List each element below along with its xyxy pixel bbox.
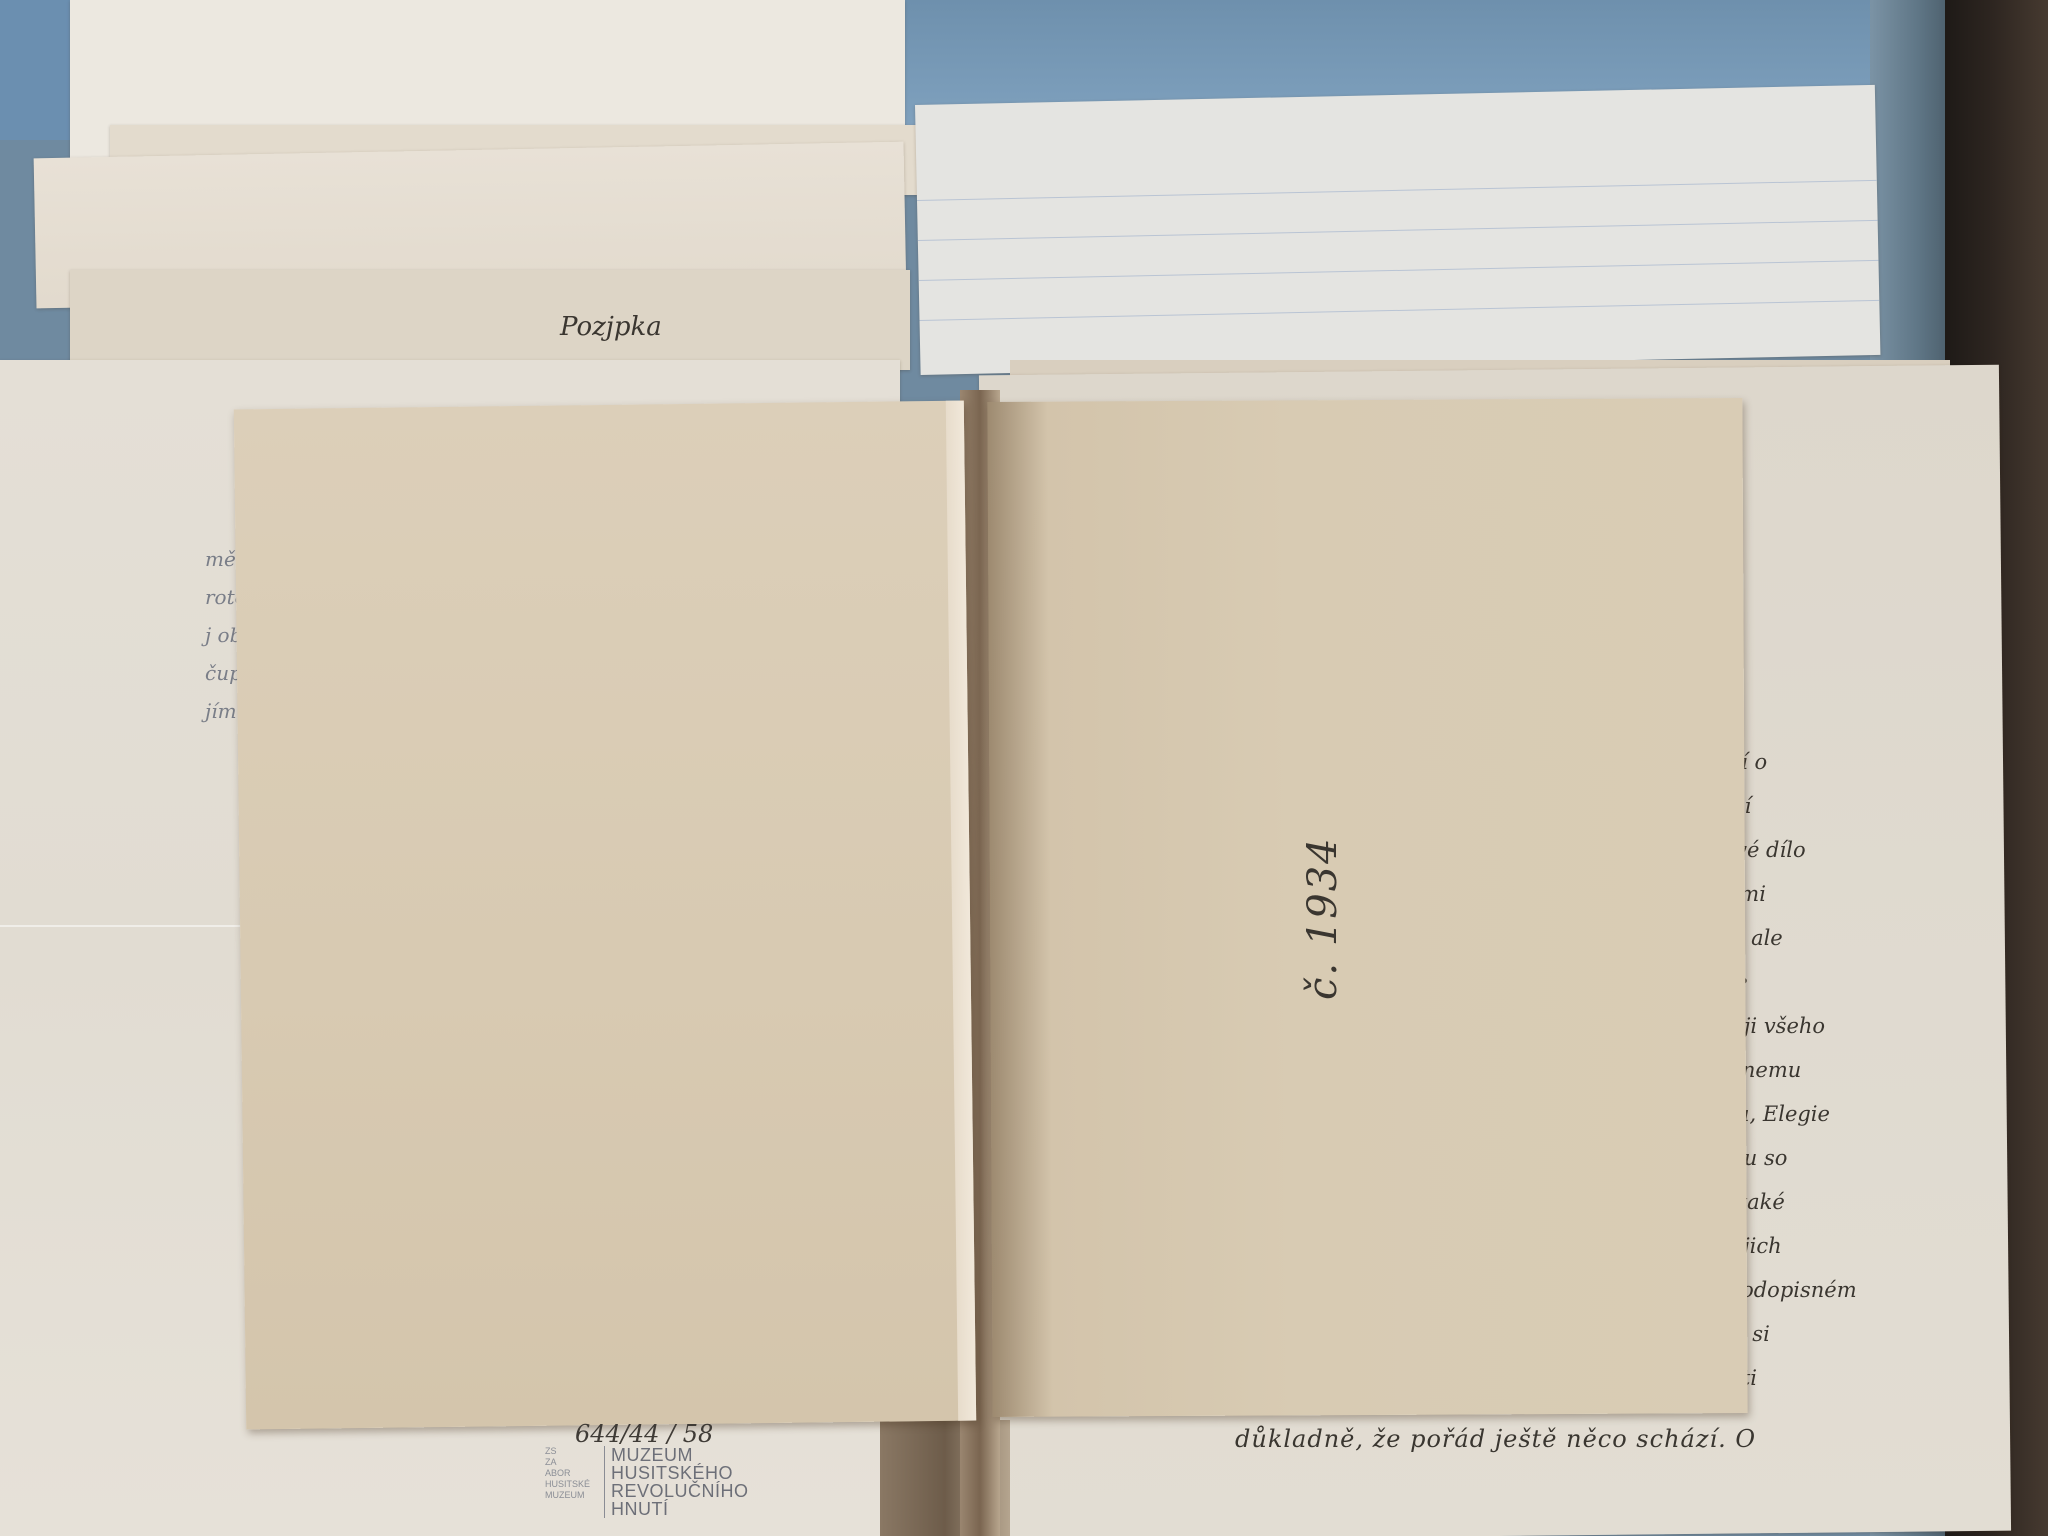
stamp-logo-line: ABOR [545,1468,600,1479]
stamp-logo-line: HUSITSKÉ [545,1479,600,1490]
stamp-line: HUSITSKÉHO [611,1464,749,1482]
folder-left-cover [234,401,976,1430]
stamp-logo-line: ZA [545,1457,600,1468]
folder-year-inscription: č. 1934 [1300,836,1346,1000]
lined-paper-sheet [915,85,1880,375]
stamp-line: HNUTÍ [611,1500,749,1518]
inventory-number: 644/44 / 58 [575,1420,749,1448]
stamp-line: REVOLUČNÍHO [611,1482,749,1500]
stamp-logo-line: MUZEUM [545,1490,600,1501]
folder-right-cover [987,398,1747,1417]
envelope-handwritten-name: Pozjpka [560,312,662,342]
stamp-logo-line: ZS [545,1446,600,1457]
envelope [70,270,910,370]
stamp-institution-name: MUZEUM HUSITSKÉHO REVOLUČNÍHO HNUTÍ [611,1446,749,1518]
museum-stamp: 644/44 / 58 ZS ZA ABOR HUSITSKÉ MUZEUM M… [545,1420,749,1518]
right-letter-bottom-line: důkladně, že pořád ještě něco schází. O [1235,1425,1756,1453]
blue-folder-corner-left [0,0,80,140]
stamp-line: MUZEUM [611,1446,749,1464]
stamp-logo: ZS ZA ABOR HUSITSKÉ MUZEUM [545,1446,605,1518]
